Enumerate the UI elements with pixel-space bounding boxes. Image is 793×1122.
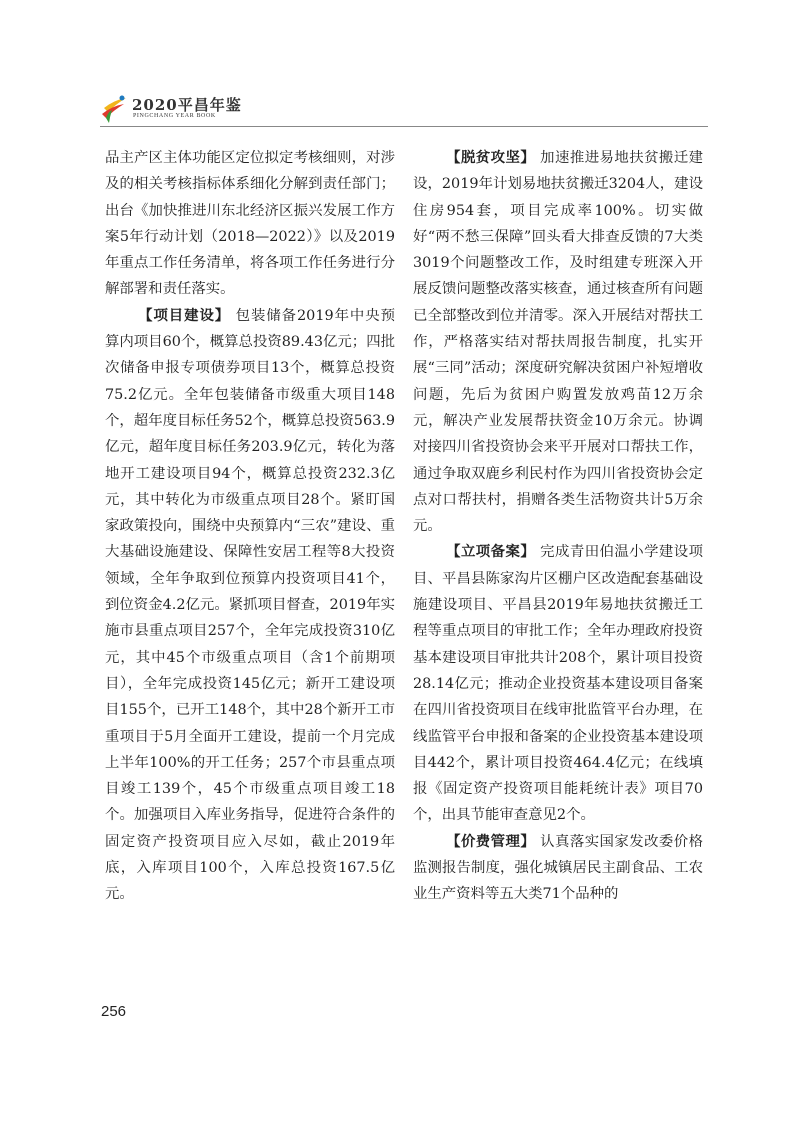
section-heading: 【脱贫攻坚】 (446, 150, 535, 166)
section-heading: 【项目建设】 (138, 308, 230, 324)
paragraph-poverty-alleviation: 【脱贫攻坚】 加速推进易地扶贫搬迁建设，2019年计划易地扶贫搬迁3204人，建… (413, 145, 703, 539)
paragraph-text: 品主产区主体功能区定位拟定考核细则，对涉及的相关考核指标体系细化分解到责任部门；… (105, 150, 395, 297)
paragraph-continuation: 品主产区主体功能区定位拟定考核细则，对涉及的相关考核指标体系细化分解到责任部门；… (105, 145, 395, 303)
left-column: 品主产区主体功能区定位拟定考核细则，对涉及的相关考核指标体系细化分解到责任部门；… (105, 145, 395, 908)
yearbook-title: 2020平昌年鉴 (132, 94, 242, 115)
page-header: 2020平昌年鉴 PINGCHANG YEAR BOOK (100, 92, 708, 126)
right-column: 【脱贫攻坚】 加速推进易地扶贫搬迁建设，2019年计划易地扶贫搬迁3204人，建… (413, 145, 703, 908)
header-divider (100, 126, 708, 127)
paragraph-text: 加速推进易地扶贫搬迁建设，2019年计划易地扶贫搬迁3204人，建设住房954套… (413, 150, 703, 534)
paragraph-text: 完成青田伯温小学建设项目、平昌县陈家沟片区棚户区改造配套基础设施建设项目、平昌县… (413, 544, 703, 823)
paragraph-project-approval: 【立项备案】 完成青田伯温小学建设项目、平昌县陈家沟片区棚户区改造配套基础设施建… (413, 539, 703, 828)
pingchang-yearbook-logo-icon (100, 94, 128, 124)
paragraph-project-construction: 【项目建设】 包装储备2019年中央预算内项目60个，概算总投资89.43亿元；… (105, 303, 395, 908)
paragraph-text: 包装储备2019年中央预算内项目60个，概算总投资89.43亿元；四批次储备申报… (105, 308, 395, 903)
paragraph-price-management: 【价费管理】 认真落实国家发改委价格监测报告制度，强化城镇居民主副食品、工农业生… (413, 829, 703, 908)
section-heading: 【立项备案】 (446, 544, 535, 560)
yearbook-subtitle: PINGCHANG YEAR BOOK (133, 113, 216, 119)
page-number: 256 (101, 1003, 126, 1020)
section-heading: 【价费管理】 (446, 834, 535, 850)
